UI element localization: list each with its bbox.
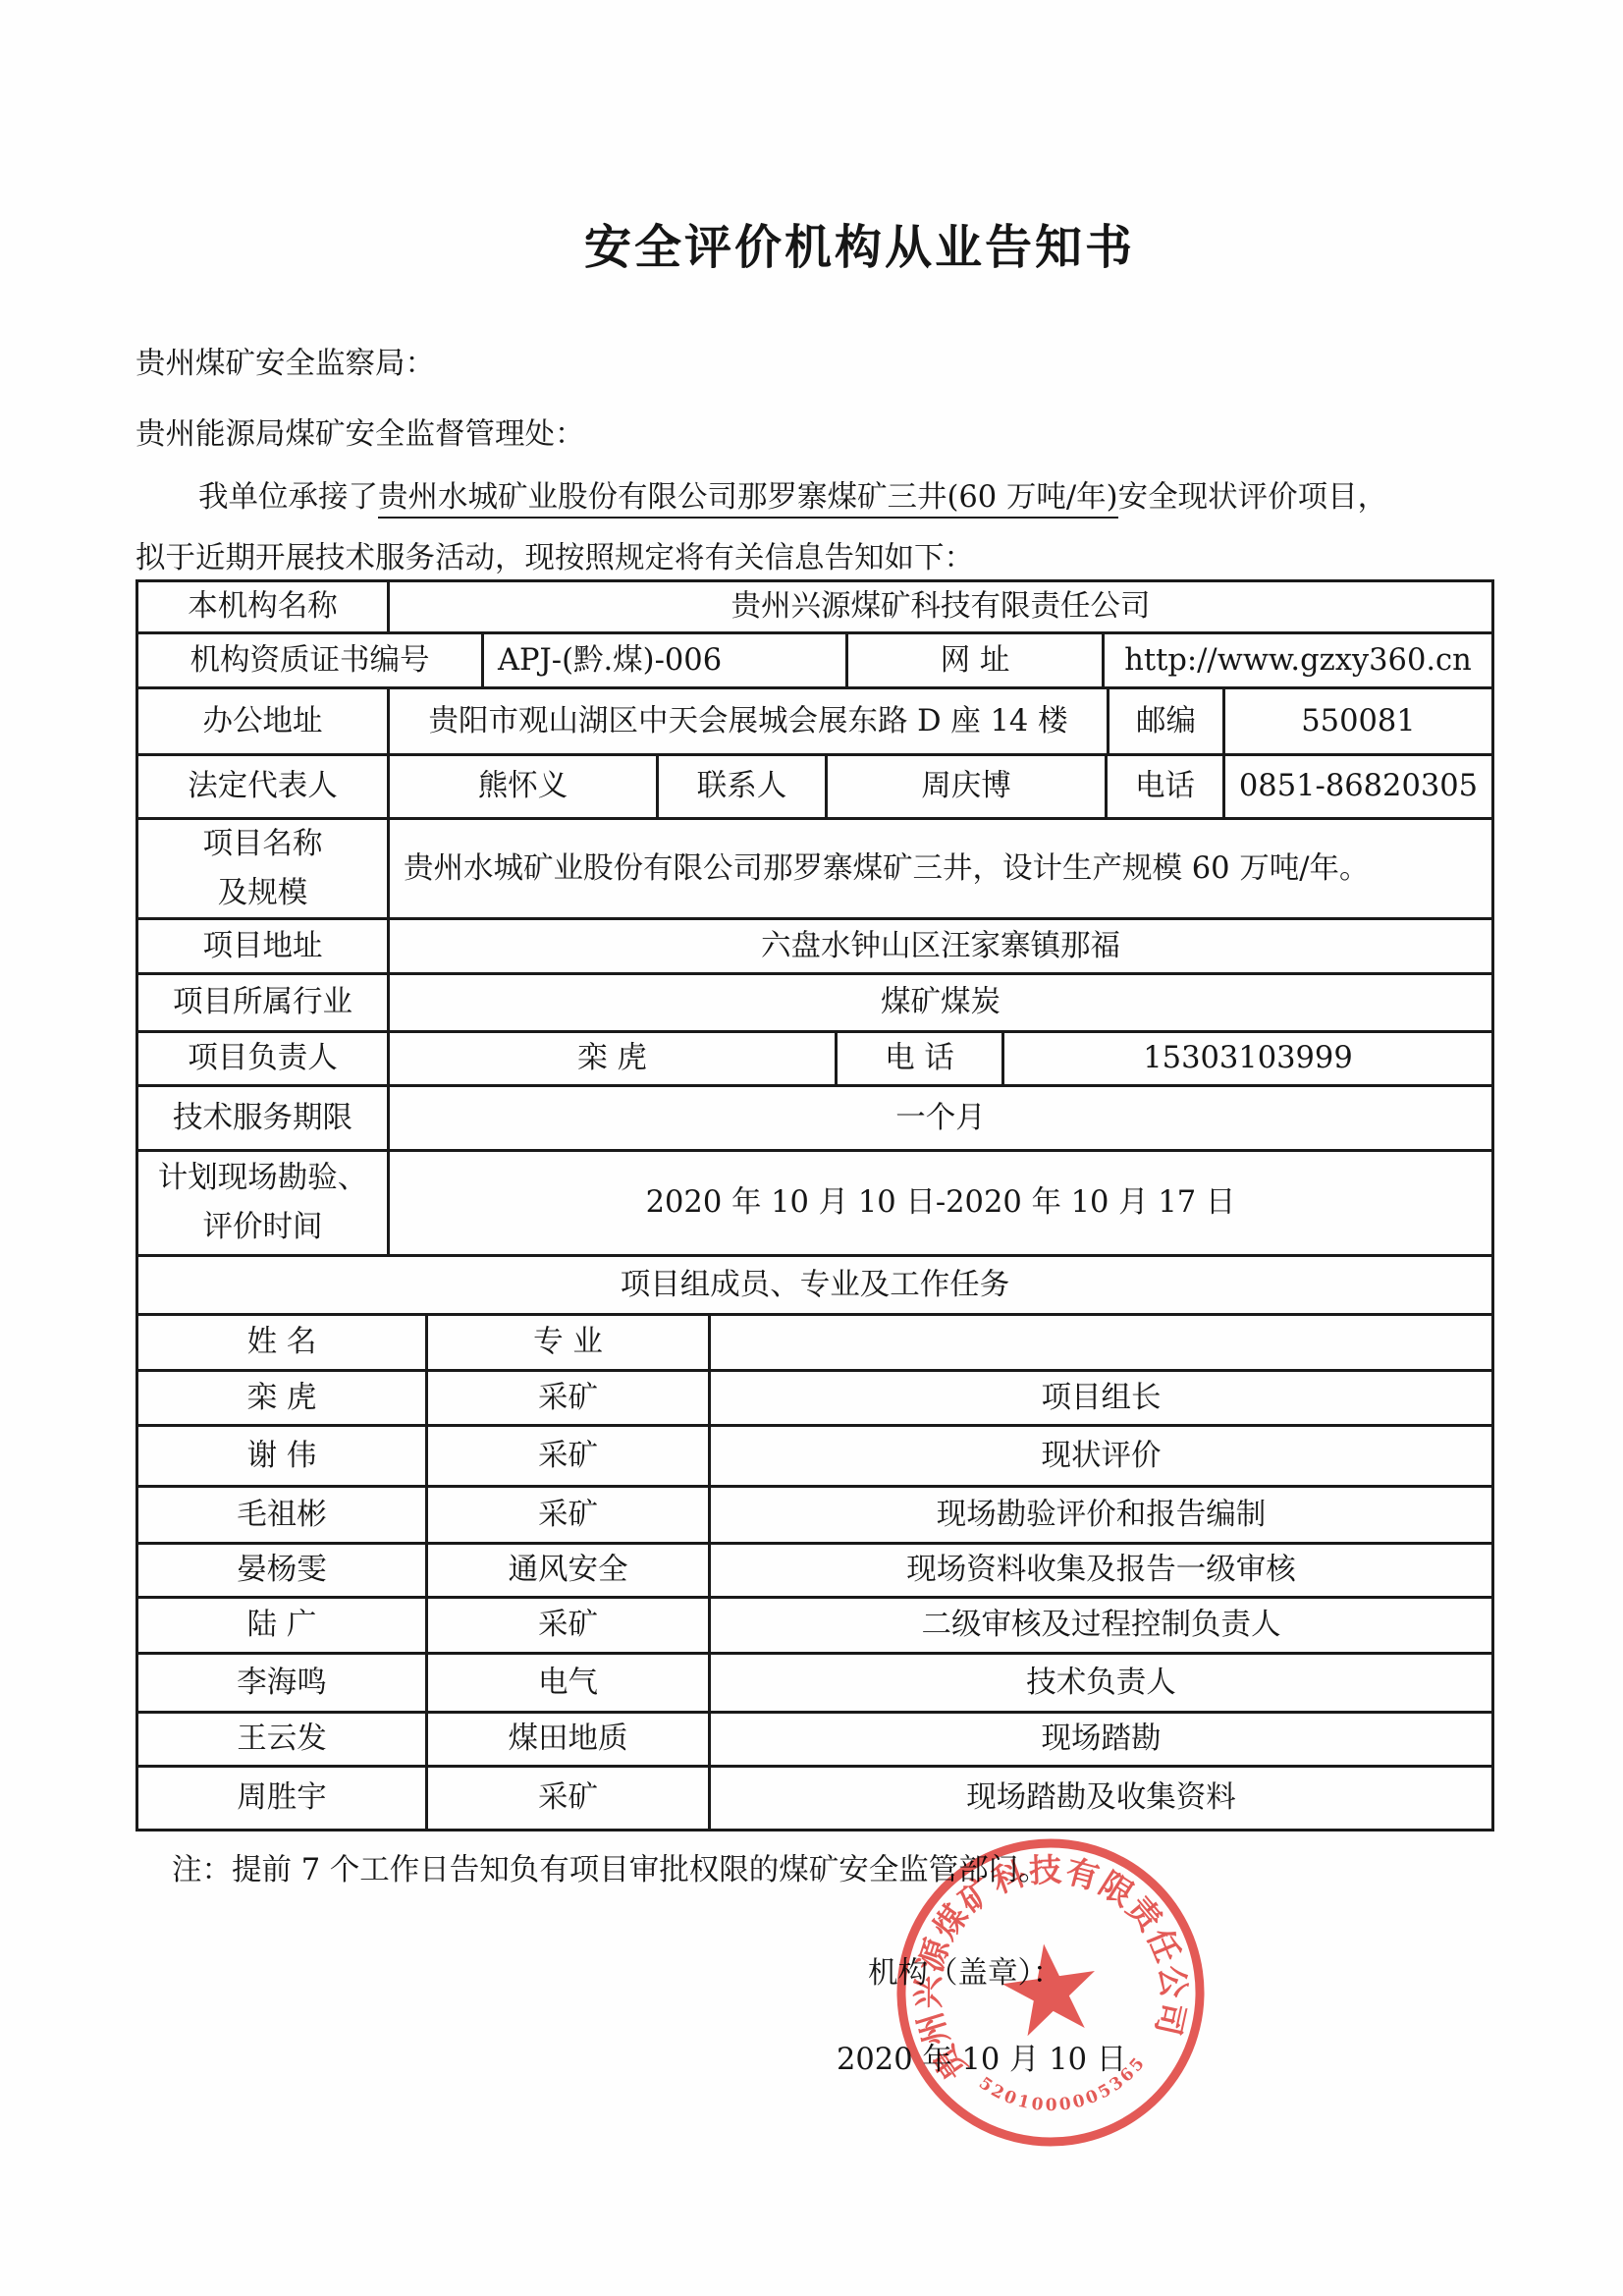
member-major: 采矿: [428, 1768, 711, 1829]
schedule-label-line1: 计划现场勘验、: [158, 1161, 368, 1195]
cell-members-header: 项目组成员、专业及工作任务: [138, 1257, 1491, 1313]
notification-form-table: 本机构名称 贵州兴源煤矿科技有限责任公司 机构资质证书编号 APJ-(黔.煤)-…: [135, 579, 1494, 1831]
signature-date: 2020 年 10 月 10 日: [837, 2035, 1126, 2078]
page-title: 安全评价机构从业告知书: [584, 209, 1135, 277]
member-major: 电气: [428, 1655, 711, 1711]
cell-phone-value: 0851-86820305: [1225, 756, 1491, 817]
cell-office-label: 办公地址: [138, 689, 390, 753]
member-name: 王云发: [138, 1714, 428, 1765]
row-project-leader: 项目负责人 栾 虎 电 话 15303103999: [138, 1033, 1491, 1087]
intro-prefix: 我单位承接了: [198, 480, 378, 515]
document-page: 安全评价机构从业告知书 贵州煤矿安全监察局： 贵州能源局煤矿安全监督管理处： 我…: [0, 0, 1623, 2296]
member-row: 晏杨雯 通风安全 现场资料收集及报告一级审核: [138, 1545, 1491, 1599]
project-label-line2: 及规模: [218, 876, 308, 910]
cell-website-label: 网 址: [848, 634, 1105, 686]
member-row: 谢 伟 采矿 现状评价: [138, 1427, 1491, 1488]
cell-cert-value: APJ-(黔.煤)-006: [484, 634, 848, 686]
intro-underlined-project: 贵州水城矿业股份有限公司那罗寨煤矿三井(60 万吨/年): [378, 480, 1118, 519]
cell-contact-value: 周庆博: [828, 756, 1108, 817]
member-task: 现状评价: [711, 1427, 1491, 1485]
cell-org-name-value: 贵州兴源煤矿科技有限责任公司: [390, 582, 1491, 631]
intro-line-2: 拟于近期开展技术服务活动，现按照规定将有关信息告知如下：: [135, 540, 974, 577]
cell-contact-label: 联系人: [659, 756, 828, 817]
member-name: 陆 广: [138, 1599, 428, 1652]
row-office-address: 办公地址 贵阳市观山湖区中天会展城会展东路 D 座 14 楼 邮编 550081: [138, 689, 1491, 756]
row-legal-rep: 法定代表人 熊怀义 联系人 周庆博 电话 0851-86820305: [138, 756, 1491, 820]
cell-office-value: 贵阳市观山湖区中天会展城会展东路 D 座 14 楼: [390, 689, 1109, 753]
row-project-name: 项目名称及规模 贵州水城矿业股份有限公司那罗寨煤矿三井，设计生产规模 60 万吨…: [138, 820, 1491, 920]
cell-legal-rep-value: 熊怀义: [390, 756, 659, 817]
cell-org-name-label: 本机构名称: [138, 582, 390, 631]
intro-suffix: 安全现状评价项目，: [1118, 480, 1388, 515]
cell-phone-label: 电话: [1108, 756, 1225, 817]
cell-schedule-label: 计划现场勘验、评价时间: [138, 1152, 390, 1254]
cell-project-addr-value: 六盘水钟山区汪家寨镇那福: [390, 920, 1491, 972]
member-task: 技术负责人: [711, 1655, 1491, 1711]
footnote: 注：提前 7 个工作日告知负有项目审批权限的煤矿安全监管部门。: [172, 1845, 1049, 1888]
cell-project-name-value: 贵州水城矿业股份有限公司那罗寨煤矿三井，设计生产规模 60 万吨/年。: [390, 820, 1491, 917]
member-task: 现场踏勘及收集资料: [711, 1768, 1491, 1829]
cell-leader-phone-value: 15303103999: [1004, 1033, 1491, 1084]
cell-postcode-value: 550081: [1225, 689, 1491, 753]
member-row: 周胜宇 采矿 现场踏勘及收集资料: [138, 1768, 1491, 1829]
cell-project-name-label: 项目名称及规模: [138, 820, 390, 917]
member-task: 现场资料收集及报告一级审核: [711, 1545, 1491, 1596]
cell-website-value: http://www.gzxy360.cn: [1105, 634, 1491, 686]
member-name: 晏杨雯: [138, 1545, 428, 1596]
row-members-header: 项目组成员、专业及工作任务: [138, 1257, 1491, 1316]
row-schedule: 计划现场勘验、评价时间 2020 年 10 月 10 日-2020 年 10 月…: [138, 1152, 1491, 1257]
row-org-name: 本机构名称 贵州兴源煤矿科技有限责任公司: [138, 582, 1491, 634]
row-duration: 技术服务期限 一个月: [138, 1087, 1491, 1152]
member-major: 采矿: [428, 1427, 711, 1485]
cell-industry-value: 煤矿煤炭: [390, 975, 1491, 1030]
cell-postcode-label: 邮编: [1109, 689, 1225, 753]
member-name: 周胜宇: [138, 1768, 428, 1829]
salutation-line-1: 贵州煤矿安全监察局：: [135, 346, 435, 383]
cell-cert-label: 机构资质证书编号: [138, 634, 484, 686]
row-project-address: 项目地址 六盘水钟山区汪家寨镇那福: [138, 920, 1491, 975]
member-name: 李海鸣: [138, 1655, 428, 1711]
member-major: 通风安全: [428, 1545, 711, 1596]
cell-col-task: [711, 1316, 1491, 1369]
member-row: 栾 虎 采矿 项目组长: [138, 1372, 1491, 1427]
intro-line-1: 我单位承接了贵州水城矿业股份有限公司那罗寨煤矿三井(60 万吨/年)安全现状评价…: [135, 479, 1387, 517]
cell-col-major: 专 业: [428, 1316, 711, 1369]
member-row: 毛祖彬 采矿 现场勘验评价和报告编制: [138, 1488, 1491, 1545]
signature-label: 机构（盖章）：: [868, 1948, 1062, 1992]
cell-project-addr-label: 项目地址: [138, 920, 390, 972]
member-task: 项目组长: [711, 1372, 1491, 1424]
member-major: 采矿: [428, 1372, 711, 1424]
member-task: 现场勘验评价和报告编制: [711, 1488, 1491, 1542]
cell-legal-rep-label: 法定代表人: [138, 756, 390, 817]
member-row: 王云发 煤田地质 现场踏勘: [138, 1714, 1491, 1768]
row-industry: 项目所属行业 煤矿煤炭: [138, 975, 1491, 1033]
cell-schedule-value: 2020 年 10 月 10 日-2020 年 10 月 17 日: [390, 1152, 1491, 1254]
member-task: 二级审核及过程控制负责人: [711, 1599, 1491, 1652]
cell-industry-label: 项目所属行业: [138, 975, 390, 1030]
cell-leader-label: 项目负责人: [138, 1033, 390, 1084]
cell-col-name: 姓 名: [138, 1316, 428, 1369]
member-major: 采矿: [428, 1599, 711, 1652]
member-task: 现场踏勘: [711, 1714, 1491, 1765]
salutation-line-2: 贵州能源局煤矿安全监督管理处：: [135, 416, 585, 454]
member-row: 陆 广 采矿 二级审核及过程控制负责人: [138, 1599, 1491, 1655]
member-major: 煤田地质: [428, 1714, 711, 1765]
member-name: 毛祖彬: [138, 1488, 428, 1542]
row-cert-website: 机构资质证书编号 APJ-(黔.煤)-006 网 址 http://www.gz…: [138, 634, 1491, 689]
member-name: 栾 虎: [138, 1372, 428, 1424]
project-label-line1: 项目名称: [203, 827, 323, 861]
cell-leader-phone-label: 电 话: [838, 1033, 1004, 1084]
cell-duration-value: 一个月: [390, 1087, 1491, 1149]
schedule-label-line2: 评价时间: [203, 1210, 323, 1244]
member-major: 采矿: [428, 1488, 711, 1542]
cell-leader-value: 栾 虎: [390, 1033, 838, 1084]
member-name: 谢 伟: [138, 1427, 428, 1485]
member-row: 李海鸣 电气 技术负责人: [138, 1655, 1491, 1714]
cell-duration-label: 技术服务期限: [138, 1087, 390, 1149]
row-members-columns: 姓 名 专 业: [138, 1316, 1491, 1372]
